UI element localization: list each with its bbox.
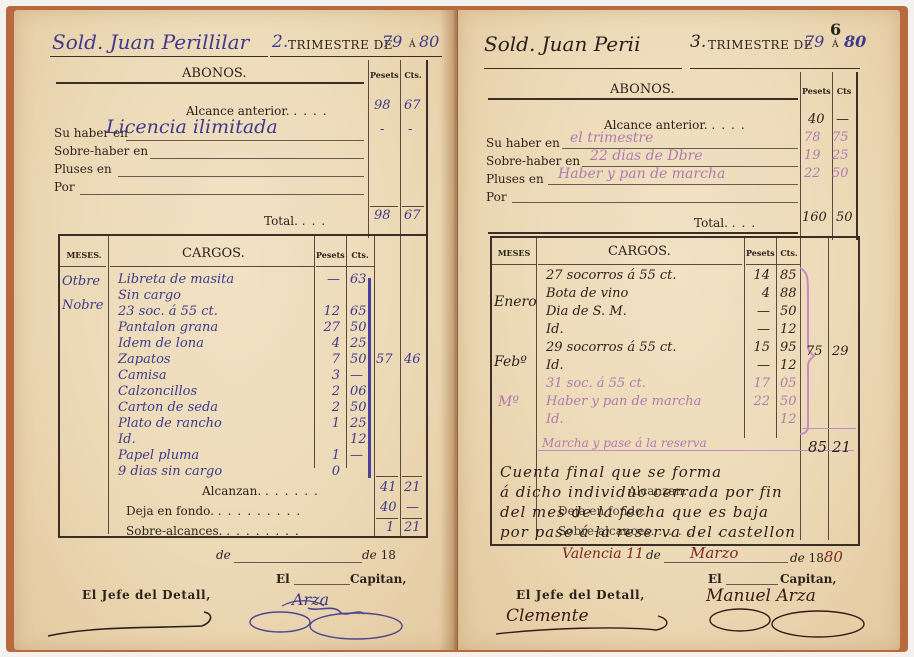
deja-fondo-centimos: — [406,500,419,515]
month-2: Nobre [62,298,103,313]
cargo-pesetas: 1 [316,448,340,463]
alcanzan-rule-p [376,476,398,477]
total-centimos: 67 [404,208,421,223]
amount-header-rule [316,266,374,267]
cargo-pesetas: 15 [746,340,770,355]
cargo-pesetas: 22 [746,394,770,409]
cargo-concept: 23 soc. á 55 ct. [118,304,218,319]
abonos-header-rule [56,82,364,84]
deja-fondo-label: Deja en fondo. ......... [126,504,306,518]
cargo-pesetas: 2 [316,384,340,399]
bracket-subtotal-centimos-right: 29 [832,344,849,359]
pluses-label-right: Pluses en [486,172,544,186]
sobre-alcances-label: Sobre-alcances. ........ [126,524,305,538]
cargo-centimos: 12 [350,432,367,447]
por-label: Por [54,180,75,194]
su-haber-centimos-right: 75 [832,130,849,145]
cargo-concept: Idem de lona [118,336,204,351]
su-haber-centimos: - [408,122,412,137]
cargo-concept: Bota de vino [546,286,628,301]
cargo-concept: Haber y pan de marcha [546,394,701,409]
cargo-centimos: — [350,448,363,463]
year-to-right: 80 [844,32,866,51]
cargo-pesetas: — [746,322,770,337]
trimester-label-right: TRIMESTRE DE [708,38,813,52]
name-underline-right [484,68,682,69]
su-haber-pesetas: - [380,122,384,137]
cargo-pesetas: 2 [316,400,340,415]
su-haber-pesetas-right: 78 [804,130,821,145]
sobre-alcances-pesetas: 1 [386,520,394,535]
sobre-haber-centimos-right: 25 [832,148,849,163]
abonos-title-right: ABONOS. [610,82,674,97]
marcha-note: Marcha y pase á la reserva [542,436,707,450]
sobre-haber-line [150,158,364,159]
cargo-pesetas: 4 [746,286,770,301]
cargo-pesetas: 7 [316,352,340,367]
cargo-concept: Zapatos [118,352,171,367]
bracket-subtotal-pesetas-right: 75 [806,344,823,359]
final-centimos: 21 [832,438,851,456]
abonos-col-centimos: Cts. [402,70,424,80]
cargos-col-pesetas: Pesets [316,250,344,260]
pluses-pesetas-right: 22 [804,166,821,181]
capitan-el: El [276,572,290,586]
cargos-col-centimos: Cts. [348,250,372,260]
capitan-el-right: El [708,572,722,586]
deja-fondo-pesetas: 40 [380,500,397,515]
year-to: 80 [419,32,439,51]
soldier-name: Sold. Juan Perillilar [52,30,249,54]
year-from: 79 [382,32,402,51]
trimester-label: TRIMESTRE DE [288,38,393,52]
closing-note-line-1: Cuenta final que se forma [500,462,796,482]
cargo-pesetas: 0 [316,464,340,479]
abonos-col-pesetas-right: Pesets [802,86,830,96]
violet-rule [802,428,856,429]
cargos-col-pesetas-right: Pesets [746,248,774,258]
signature-capitan-left: Arza [292,590,329,609]
cargo-concept: Dia de S. M. [546,304,627,319]
cargo-pesetas: 27 [316,320,340,335]
pluses-centimos-right: 50 [832,166,849,181]
capitan-label-right: Capitan, [780,572,837,586]
cargos-title-right: CARGOS. [608,244,671,259]
date-line-right [664,562,788,563]
abonos-col-centimos-right: Cts [834,86,854,96]
abonos-col-pesetas: Pesets [370,70,398,80]
sobre-alcances-centimos: 21 [404,520,421,535]
cargos-col-divider-4 [400,236,401,536]
abonos-bottom-rule-right [488,232,798,234]
date-de-1-right: de [646,548,661,562]
cargo-concept: 27 socorros á 55 ct. [546,268,677,283]
alcanzan-label: Alcanzan. ...... [202,484,324,498]
cargo-concept: 29 socorros á 55 ct. [546,340,677,355]
abonos-col-divider-2 [400,60,401,238]
alcanzan-pesetas: 41 [380,480,397,495]
bracket-line [368,278,371,478]
cargos-header-rule [110,266,314,267]
sobre-haber-label: Sobre-haber en [54,144,148,158]
total-pesetas-right: 160 [802,210,827,225]
bracket-subtotal-centimos: 46 [404,352,421,367]
cargo-pesetas: — [746,304,770,319]
cargo-concept: 9 dias sin cargo [118,464,222,479]
cargo-centimos: 50 [350,400,367,415]
cargo-concept: Camisa [118,368,167,383]
total-label-right: Total. ... [694,216,761,230]
cargo-centimos: 12 [780,358,797,373]
pluses-label: Pluses en [54,162,112,176]
abonos-col-divider-r1 [800,72,801,240]
cargo-concept: Plato de rancho [118,416,222,431]
meses-header-right: MESES [492,248,536,258]
cargo-pesetas: 12 [316,304,340,319]
cargo-concept: Carton de seda [118,400,218,415]
alcanzan-centimos: 21 [404,480,421,495]
cargo-pesetas: 3 [316,368,340,383]
cargo-pesetas: 17 [746,376,770,391]
meses-header: MESES. [62,250,106,260]
sobre-rule-p [376,518,398,519]
total-pesetas: 98 [374,208,391,223]
signatures-right [488,598,888,648]
page-number: 6 [830,20,841,39]
cargos-col-divider-r4 [828,238,829,540]
cargo-concept: Id. [546,412,564,427]
total-centimos-right: 50 [836,210,853,225]
cargo-centimos: 50 [780,304,797,319]
cargo-pesetas: 14 [746,268,770,283]
su-haber-value-right: el trimestre [570,130,653,146]
total-rule-pesetas [370,206,398,207]
capitan-line [294,584,350,585]
trimester-number-right: 3. [690,32,706,52]
abonos-header-rule-right [488,98,798,100]
date-de-1: de [216,548,231,562]
cargo-concept: Calzoncillos [118,384,197,399]
su-haber-line [126,140,364,141]
pluses-line-right [548,184,798,185]
cargo-centimos: 85 [780,268,797,283]
meses-divider [108,236,109,534]
alcance-anterior-pesetas: 98 [374,98,391,113]
cargo-centimos: 06 [350,384,367,399]
cargos-title: CARGOS. [182,246,245,261]
trimester-number: 2. [272,32,288,52]
cargo-centimos: 50 [350,320,367,335]
por-line-right [512,202,798,203]
closing-note-line-2: á dicho individuo cerrada por fin [500,482,796,502]
cargo-concept: Id. [546,322,564,337]
final-pesetas: 85 [808,438,827,456]
cargos-col-centimos-right: Cts. [778,248,800,258]
abonos-col-divider-1 [368,60,369,238]
cargo-centimos: 12 [780,322,797,337]
cargo-pesetas: 4 [316,336,340,351]
cargo-centimos: 05 [780,376,797,391]
marcha-underline [538,450,854,451]
pluses-value-right: Haber y pan de marcha [558,166,725,182]
su-haber-value: Licencia ilimitada [106,116,278,138]
trimester-underline [270,56,442,57]
capitan-line-right [726,584,778,585]
abonos-right-border [426,60,428,240]
cargos-col-divider-2 [346,236,347,468]
cargo-concept: Pantalon grana [118,320,218,335]
alcance-anterior-centimos-right: — [836,112,849,127]
cargo-concept: 31 soc. á 55 ct. [546,376,646,391]
cargo-centimos: 65 [350,304,367,319]
por-line [80,194,364,195]
soldier-name-right: Sold. Juan Perii [484,32,640,56]
abonos-title: ABONOS. [182,66,246,81]
bracket-subtotal-pesetas: 57 [376,352,393,367]
date-month: Marzo [690,544,738,562]
name-underline [50,56,268,57]
su-haber-label-right: Su haber en [486,136,560,150]
cargo-pesetas: — [746,358,770,373]
cargo-centimos: 12 [780,412,797,427]
total-rule-centimos [402,206,424,207]
cargo-concept: Libreta de masita [118,272,234,287]
month-febrero: Febº [494,354,527,370]
amount-header-rule-right [746,264,800,265]
total-label: Total. ... [264,214,331,228]
sobre-rule-c [402,518,422,519]
capitan-label: Capitan, [350,572,407,586]
date-line [234,562,362,563]
meses-header-rule-right [492,264,536,265]
place-date: Valencia 11 [562,546,644,562]
cargos-col-divider-r2 [776,238,777,438]
cargo-concept: Id. [546,358,564,373]
month-marzo: Mº [498,394,519,410]
signatures-left [34,598,434,648]
closing-note-line-4: por pase á la reserva del castellon [500,522,796,542]
cargo-centimos: 25 [350,416,367,431]
cargo-centimos: 95 [780,340,797,355]
meses-header-rule [60,266,106,267]
cargos-col-divider-r1 [744,238,745,438]
alcance-anterior-centimos: 67 [404,98,421,113]
month-1: Otbre [62,274,100,289]
a-label-right: Á [832,40,839,50]
cargo-centimos: 88 [780,286,797,301]
cargo-centimos: 50 [350,352,367,367]
cargo-centimos: — [350,368,363,383]
cargo-concept: Sin cargo [118,288,181,303]
cargo-centimos: 25 [350,336,367,351]
cargos-col-divider-3 [374,236,375,536]
closing-note-line-3: del mes de la fecha que es baja [500,502,796,522]
cargos-col-divider-1 [314,236,315,468]
cargo-pesetas: — [316,272,340,287]
cargo-concept: Id. [118,432,136,447]
left-page: Sold. Juan Perillilar 2. TRIMESTRE DE 79… [14,10,457,650]
cargo-concept: Papel pluma [118,448,199,463]
pluses-line [118,176,364,177]
date-de-2: de 18 [362,548,396,562]
right-page: 6 Sold. Juan Perii 3. TRIMESTRE DE 79 Á … [458,10,900,650]
sobre-haber-value-right: 22 dias de Dbre [590,148,703,164]
trimester-underline-right [690,68,860,69]
year-from-right: 79 [804,32,824,51]
date-de-2-right: de 1880 [790,548,843,566]
month-enero: Enero [494,294,537,310]
por-label-right: Por [486,190,507,204]
cargo-centimos: 50 [780,394,797,409]
closing-note: Cuenta final que se forma á dicho indivi… [500,462,796,542]
alcance-anterior-pesetas-right: 40 [808,112,825,127]
cargo-centimos: 63 [350,272,367,287]
sobre-haber-pesetas-right: 19 [804,148,821,163]
a-label: Á [409,40,416,50]
cargo-pesetas: 1 [316,416,340,431]
alcanzan-rule-c [402,476,422,477]
cargos-header-rule-right [538,264,742,265]
abonos-right-border-r [856,72,858,240]
